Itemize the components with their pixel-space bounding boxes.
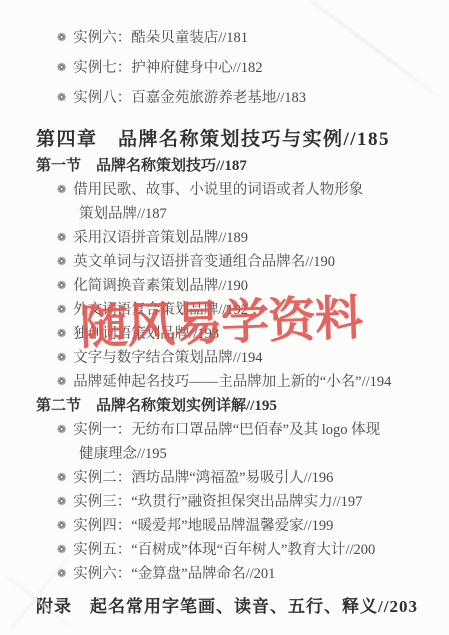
flower-bullet-icon: ❁ xyxy=(57,184,66,196)
toc-entry-text: 实例二：酒坊品牌“鸿福盈”易吸引人//196 xyxy=(73,470,333,486)
flower-bullet-icon: ❁ xyxy=(57,472,66,484)
flower-bullet-icon: ❁ xyxy=(57,256,66,268)
toc-entry: ❁实例六：“金算盘”品牌命名//201 xyxy=(0,562,449,586)
toc-entry: ❁实例八：百嘉金苑旅游养老基地//183 xyxy=(0,83,449,113)
flower-bullet-icon: ❁ xyxy=(57,280,66,292)
toc-entry-continuation: 健康理念//195 xyxy=(0,442,449,466)
chapter-heading: 第四章 品牌名称策划技巧与实例//185 xyxy=(0,126,449,154)
toc-entry-text: 实例七：护神府健身中心//182 xyxy=(73,60,262,76)
toc-entry-continuation: 策划品牌//187 xyxy=(0,202,449,226)
toc-entry-text: 外文词语复合策划品牌//192 xyxy=(73,302,248,318)
flower-bullet-icon: ❁ xyxy=(57,232,66,244)
toc-entry: ❁采用汉语拼音策划品牌//189 xyxy=(0,226,449,250)
toc-entry: ❁实例五：“百树成”体现“百年树人”教育大计//200 xyxy=(0,538,449,562)
flower-bullet-icon: ❁ xyxy=(57,62,66,74)
toc-entry-text: 文字与数字结合策划品牌//194 xyxy=(73,350,262,366)
toc-entry-text: 实例四：“暖爱邦”地暖品牌温馨爱家//199 xyxy=(73,518,333,534)
toc-entry: ❁实例二：酒坊品牌“鸿福盈”易吸引人//196 xyxy=(0,466,449,490)
toc-entry: ❁独创词语策划品牌//193 xyxy=(0,322,449,346)
flower-bullet-icon: ❁ xyxy=(57,32,66,44)
toc-entry-text: 借用民歌、故事、小说里的词语或者人物形象 xyxy=(73,182,363,198)
toc-entry: ❁化简调换音素策划品牌//190 xyxy=(0,274,449,298)
flower-bullet-icon: ❁ xyxy=(57,376,66,388)
toc-entry-text: 采用汉语拼音策划品牌//189 xyxy=(73,230,248,246)
toc-entry-text: 实例六：酷朵贝童装店//181 xyxy=(73,30,248,46)
toc-entry: ❁实例四：“暖爱邦”地暖品牌温馨爱家//199 xyxy=(0,514,449,538)
toc-entry: ❁借用民歌、故事、小说里的词语或者人物形象 xyxy=(0,178,449,202)
toc-entry: ❁实例三：“玖贯行”融资担保突出品牌实力//197 xyxy=(0,490,449,514)
toc-entry-text: 实例八：百嘉金苑旅游养老基地//183 xyxy=(73,90,306,106)
section-heading: 第二节 品牌名称策划实例详解//195 xyxy=(0,394,449,418)
toc-entry: ❁实例六：酷朵贝童装店//181 xyxy=(0,23,449,53)
toc-main-section: 第一节 品牌名称策划技巧//187 ❁借用民歌、故事、小说里的词语或者人物形象 … xyxy=(0,154,449,586)
toc-entry: ❁英文单词与汉语拼音变通组合品牌名//190 xyxy=(0,250,449,274)
scanned-toc-page: ❁实例六：酷朵贝童装店//181 ❁实例七：护神府健身中心//182 ❁实例八：… xyxy=(0,0,449,635)
appendix-heading: 附录 起名常用字笔画、读音、五行、释义//203 xyxy=(0,594,449,620)
section-heading: 第一节 品牌名称策划技巧//187 xyxy=(0,154,449,178)
flower-bullet-icon: ❁ xyxy=(57,352,66,364)
flower-bullet-icon: ❁ xyxy=(57,424,66,436)
flower-bullet-icon: ❁ xyxy=(57,520,66,532)
toc-entry-text: 实例一：无纺布口罩品牌“巴佰春”及其 logo 体现 xyxy=(73,422,380,438)
toc-entry: ❁文字与数字结合策划品牌//194 xyxy=(0,346,449,370)
toc-entry: ❁品牌延伸起名技巧——主品牌加上新的“小名”//194 xyxy=(0,370,449,394)
flower-bullet-icon: ❁ xyxy=(57,328,66,340)
toc-entry: ❁实例七：护神府健身中心//182 xyxy=(0,53,449,83)
flower-bullet-icon: ❁ xyxy=(57,568,66,580)
flower-bullet-icon: ❁ xyxy=(57,544,66,556)
toc-top-section: ❁实例六：酷朵贝童装店//181 ❁实例七：护神府健身中心//182 ❁实例八：… xyxy=(0,0,449,113)
toc-entry-text: 实例五：“百树成”体现“百年树人”教育大计//200 xyxy=(73,542,375,558)
toc-entry-text: 化简调换音素策划品牌//190 xyxy=(73,278,248,294)
flower-bullet-icon: ❁ xyxy=(57,304,66,316)
toc-entry: ❁外文词语复合策划品牌//192 xyxy=(0,298,449,322)
toc-entry-text: 实例三：“玖贯行”融资担保突出品牌实力//197 xyxy=(73,494,362,510)
toc-entry-text: 英文单词与汉语拼音变通组合品牌名//190 xyxy=(73,254,335,270)
toc-entry-text: 品牌延伸起名技巧——主品牌加上新的“小名”//194 xyxy=(73,374,391,390)
flower-bullet-icon: ❁ xyxy=(57,496,66,508)
toc-entry: ❁实例一：无纺布口罩品牌“巴佰春”及其 logo 体现 xyxy=(0,418,449,442)
toc-entry-text: 实例六：“金算盘”品牌命名//201 xyxy=(73,566,275,582)
flower-bullet-icon: ❁ xyxy=(57,92,66,104)
toc-entry-text: 独创词语策划品牌//193 xyxy=(73,326,219,342)
